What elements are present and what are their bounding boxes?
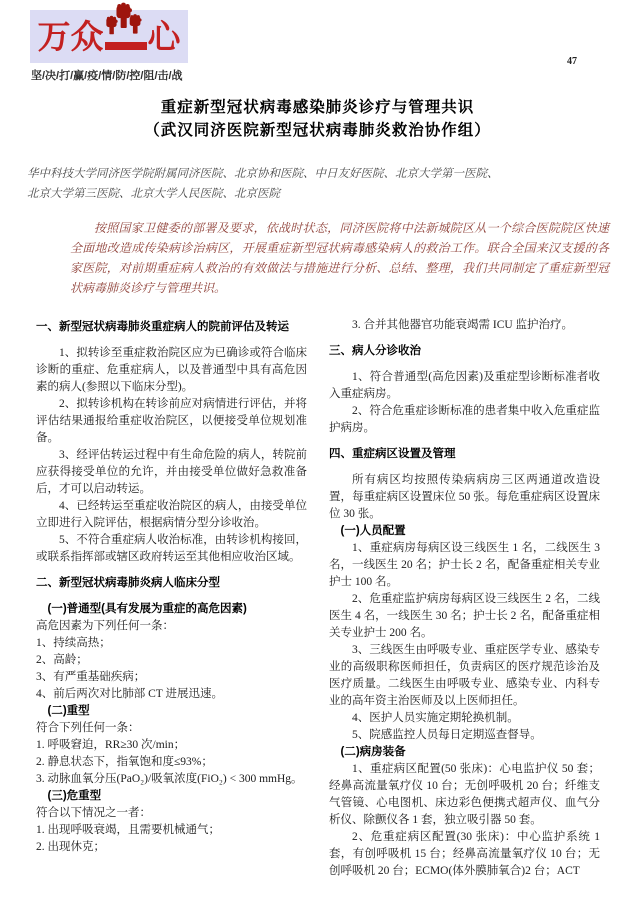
paragraph: 1、符合普通型(高危因素)及重症型诊断标准者收入重症病房。: [329, 369, 600, 403]
paragraph: 3. 合并其他器官功能衰竭需 ICU 监护治疗。: [329, 317, 600, 334]
paragraph: 4、已经转运至重症收治院区的病人，由接受单位立即进行入院评估，根据病情分型分诊收…: [36, 498, 307, 532]
campaign-logo: 万众: [30, 10, 188, 63]
section-heading: 二、新型冠状病毒肺炎病人临床分型: [36, 575, 307, 592]
sub-heading: (一)普通型(具有发展为重症的高危因素): [36, 601, 307, 618]
section-heading: 三、病人分诊收治: [329, 343, 600, 360]
paragraph: 3、三线医生由呼吸专业、重症医学专业、感染专业的高级职称医师担任，负责病区的医疗…: [329, 642, 600, 710]
paragraph: 1、重症病区配置(50 张床)：心电监护仪 50 套；经鼻高流量氧疗仪 10 台…: [329, 761, 600, 829]
paragraph: 符合下列任何一条：: [36, 720, 307, 737]
logo-text-right: 心: [148, 20, 181, 53]
article-body: 一、新型冠状病毒肺炎重症病人的院前评估及转运1、拟转诊至重症救治院区应为已确诊或…: [36, 317, 600, 880]
raised-fists-icon: [106, 0, 146, 44]
right-column: 3. 合并其他器官功能衰竭需 ICU 监护治疗。三、病人分诊收治1、符合普通型(…: [329, 317, 600, 880]
paragraph: 3、有严重基础疾病；: [36, 669, 307, 686]
abstract-paragraph: 按照国家卫健委的部署及要求，依战时状态，同济医院将中法新城院区从一个综合医院院区…: [70, 218, 609, 298]
paragraph: 2、高龄；: [36, 652, 307, 669]
article-title: 重症新型冠状病毒感染肺炎诊疗与管理共识 （武汉同济医院新型冠状病毒肺炎救治协作组…: [0, 96, 635, 142]
section-heading: 一、新型冠状病毒肺炎重症病人的院前评估及转运: [36, 319, 307, 336]
logo-yi-character: [105, 17, 147, 57]
paragraph: 1、重症病房每病区设三线医生 1 名，二线医生 3 名，一线医生 20 名；护士…: [329, 540, 600, 591]
author-affiliations-line1: 华中科技大学同济医学院附属同济医院、北京协和医院、中日友好医院、北京大学第一医院…: [27, 164, 595, 184]
paragraph: 2、危重症病区配置(30 张床)：中心监护系统 1 套，有创呼吸机 15 台；经…: [329, 829, 600, 880]
paragraph: 2. 静息状态下，指氧饱和度≤93%；: [36, 754, 307, 771]
logo-text-left: 万众: [38, 20, 104, 53]
article-title-line2: （武汉同济医院新型冠状病毒肺炎救治协作组）: [0, 119, 635, 142]
paragraph: 高危因素为下列任何一条：: [36, 618, 307, 635]
sub-heading: (二)病房装备: [329, 744, 600, 761]
paragraph: 2、符合危重症诊断标准的患者集中收入危重症监护病房。: [329, 403, 600, 437]
paragraph: 4、医护人员实施定期轮换机制。: [329, 710, 600, 727]
paragraph: 3. 动脉血氧分压(PaO₂)/吸氧浓度(FiO₂) < 300 mmHg。: [36, 771, 307, 788]
article-title-line1: 重症新型冠状病毒感染肺炎诊疗与管理共识: [0, 96, 635, 119]
paragraph: 1. 出现呼吸衰竭，且需要机械通气；: [36, 822, 307, 839]
sub-heading: (一)人员配置: [329, 523, 600, 540]
document-page: 万众: [0, 0, 635, 899]
section-heading: 四、重症病区设置及管理: [329, 446, 600, 463]
author-affiliations: 华中科技大学同济医学院附属同济医院、北京协和医院、中日友好医院、北京大学第一医院…: [27, 164, 595, 204]
paragraph: 符合以下情况之一者：: [36, 805, 307, 822]
logo-text: 万众: [38, 17, 181, 57]
paragraph: 所有病区均按照传染病病房三区两通道改造设置，每重症病区设置床位 50 张。每危重…: [329, 472, 600, 523]
sub-heading: (二)重型: [36, 703, 307, 720]
logo-slogan: 坚/决/打/赢/疫/情/防/控/阻/击/战: [31, 67, 183, 83]
paragraph: 1. 呼吸窘迫，RR≥30 次/min；: [36, 737, 307, 754]
paragraph: 2. 出现休克；: [36, 839, 307, 856]
paragraph: 1、拟转诊至重症救治院区应为已确诊或符合临床诊断的重症、危重症病人，以及普通型中…: [36, 345, 307, 396]
paragraph: 1、持续高热；: [36, 635, 307, 652]
author-affiliations-line2: 北京大学第三医院、北京大学人民医院、北京医院: [27, 184, 595, 204]
paragraph: 5、不符合重症病人收治标准，由转诊机构接回，或联系指挥部或辖区政府转运至其他相应…: [36, 532, 307, 566]
paragraph: 2、危重症监护病房每病区设三线医生 2 名，二线医生 4 名，一线医生 30 名…: [329, 591, 600, 642]
page-header: 万众: [0, 0, 635, 92]
sub-heading: (三)危重型: [36, 788, 307, 805]
paragraph: 5、院感监控人员每日定期巡查督导。: [329, 727, 600, 744]
paragraph: 4、前后两次对比肺部 CT 进展迅速。: [36, 686, 307, 703]
paragraph: 2、拟转诊机构在转诊前应对病情进行评估，并将评估结果通报给重症收治院区，以便接受…: [36, 396, 307, 447]
page-number: 47: [567, 56, 577, 67]
paragraph: 3、经评估转运过程中有生命危险的病人，转院前应获得接受单位的允许，并由接受单位做…: [36, 447, 307, 498]
left-column: 一、新型冠状病毒肺炎重症病人的院前评估及转运1、拟转诊至重症救治院区应为已确诊或…: [36, 317, 307, 880]
